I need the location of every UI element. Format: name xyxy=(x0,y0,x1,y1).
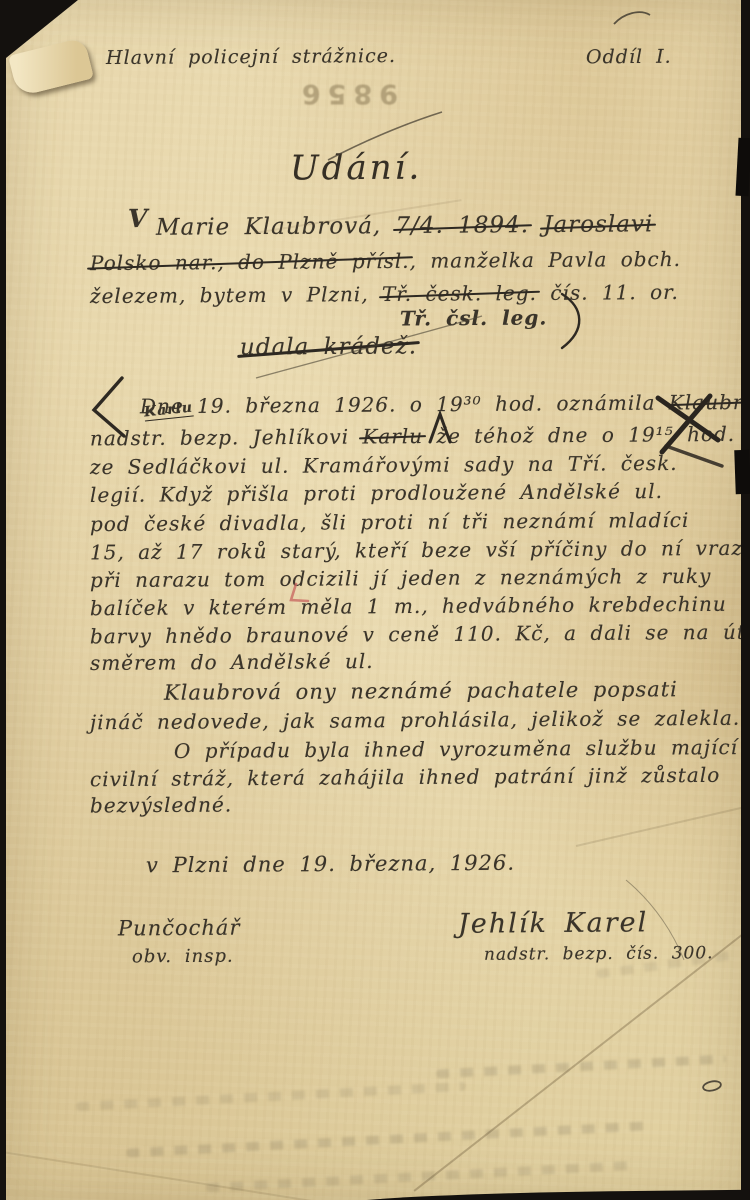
inserted-word: Karlu xyxy=(143,399,194,421)
struck-word: Karlu xyxy=(362,424,423,448)
para1-line-2-text: že téhož dne o 19¹⁵ hod. xyxy=(436,422,735,448)
para1-line-10: směrem do Andělské ul. xyxy=(90,649,374,675)
check-mark: V xyxy=(128,204,149,233)
para3-line-1: O případu byla ihned vyrozuměna službu m… xyxy=(174,735,738,763)
para1-line-1: Dne 19. března 1926. o 19³⁰ hod. oznámil… xyxy=(140,390,750,418)
para1-line-4: legií. Když přišla proti prodloužené And… xyxy=(90,479,663,507)
header-office: Hlavní policejní strážnice. xyxy=(106,45,396,69)
struck-subject-line: udala krádež. xyxy=(240,333,417,360)
paper-sheet: 9856 Hlavní policejní strážnice. Oddíl I… xyxy=(6,0,741,1200)
header-section: Oddíl I. xyxy=(586,46,672,69)
para3-line-2: civilní stráž, která zahájila ihned patr… xyxy=(90,763,720,791)
signature-left-title: obv. insp. xyxy=(132,946,234,968)
struck-origin: Polsko nar., do Plzně přísl. xyxy=(90,249,410,275)
house-number: čís. 11. or. xyxy=(550,280,679,305)
struck-subject: udala krádež. xyxy=(240,333,417,360)
paper-crease xyxy=(576,798,750,847)
para1-line-8: balíček v kterém měla 1 m., hedvábného k… xyxy=(90,592,727,620)
para1-line-6: 15, až 17 roků starý, kteří beze vší pří… xyxy=(90,536,750,565)
binder-tab xyxy=(735,138,750,197)
residence-text: železem, bytem v Plzni, xyxy=(90,282,369,308)
ink-bleedthrough xyxy=(76,1082,466,1111)
dateline: v Plzni dne 19. března, 1926. xyxy=(146,851,515,878)
para1-line-2: nadstr. bezp. Jehlíkovi Karlu že téhož d… xyxy=(90,422,750,451)
struck-birthdate: 7/4. 1894. xyxy=(395,212,529,239)
para2-line-2: jináč nedovede, jak sama prohlásila, jel… xyxy=(90,706,740,735)
para1-line-3: ze Sedláčkovi ul. Kramářovými sady na Tř… xyxy=(90,451,678,479)
street-correction: Tř. čsl. leg. xyxy=(400,305,547,330)
intro-line-1: Marie Klaubrová, 7/4. 1894. Jaroslavi xyxy=(156,211,653,240)
intro-line-2-text: , manželka Pavla obch. xyxy=(409,247,681,273)
ink-bleedthrough xyxy=(206,1161,636,1192)
registry-number-stamp: 9856 xyxy=(268,78,398,109)
para3-line-3: bezvýsledné. xyxy=(90,793,232,818)
ink-ring-mark xyxy=(702,1080,721,1093)
signature-left-name: Punčochář xyxy=(118,916,241,941)
binder-tab xyxy=(734,450,750,494)
pen-tick-mark xyxy=(614,12,650,24)
paper-crease xyxy=(0,1150,322,1200)
para1-line-7: při narazu tom odcizili jí jeden z nezná… xyxy=(90,564,712,592)
ink-bleedthrough xyxy=(126,1121,646,1157)
signature-right-name: Jehlík Karel xyxy=(458,907,648,939)
intro-line-3: železem, bytem v Plzni, Tř. česk. leg. č… xyxy=(90,280,679,308)
para1-line-9: barvy hnědo braunové v ceně 110. Kč, a d… xyxy=(90,620,750,649)
struck-name: Klaubrová xyxy=(669,390,750,415)
scanned-document-page: 9856 Hlavní policejní strážnice. Oddíl I… xyxy=(0,0,750,1200)
intro-line-2: Polsko nar., do Plzně přísl., manželka P… xyxy=(90,247,681,275)
struck-birthplace: Jaroslavi xyxy=(543,211,653,238)
para2-line-1: Klaubrová ony neznámé pachatele popsati xyxy=(164,677,678,705)
report-datetime: Dne 19. března 1926. o 19³⁰ hod. oznámil… xyxy=(140,391,656,419)
para1-line-5: pod české divadla, šli proti ní tři nezn… xyxy=(90,508,689,536)
struck-street: Tř. česk. leg. xyxy=(382,281,537,306)
document-title: Udání. xyxy=(290,148,423,189)
officer-name: nadstr. bezp. Jehlíkovi xyxy=(90,425,349,451)
